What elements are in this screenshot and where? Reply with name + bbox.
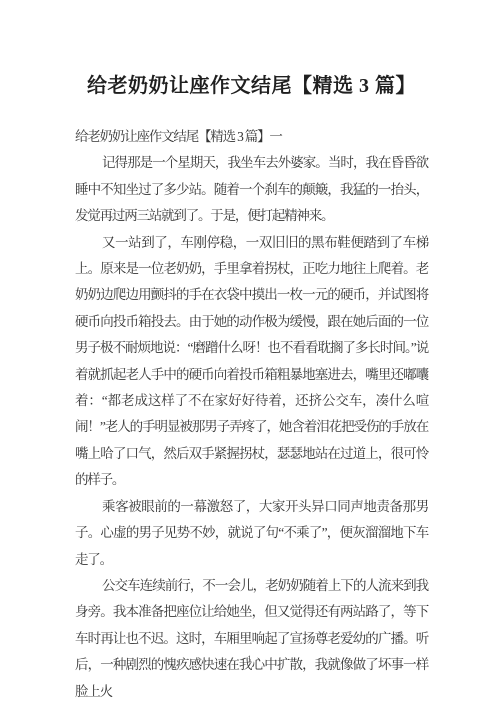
paragraph: 乘客被眼前的一幕激怒了，大家开头异口同声地责备那男子。心虚的男子见势不妙，就说了… [75,494,428,573]
document-title: 给老奶奶让座作文结尾【精选 3 篇】 [75,73,428,99]
page-number: - 1 - [0,652,500,666]
paragraph: 记得那是一个星期天，我坐车去外婆家。当时，我在昏昏欲睡中不知坐过了多少站。随着一… [75,150,428,229]
document-page: 给老奶奶让座作文结尾【精选 3 篇】 给老奶奶让座作文结尾【精选 3 篇】一 记… [0,0,500,707]
document-content: 给老奶奶让座作文结尾【精选 3 篇】 给老奶奶让座作文结尾【精选 3 篇】一 记… [75,0,428,705]
section-heading: 给老奶奶让座作文结尾【精选 3 篇】一 [75,124,428,150]
paragraph: 公交车连续前行，不一会儿，老奶奶随着上下的人流来到我身旁。我本准备把座位让给她坐… [75,573,428,705]
paragraph: 又一站到了，车刚停稳，一双旧旧的黑布鞋便踏到了车梯上。原来是一位老奶奶，手里拿着… [75,230,428,494]
